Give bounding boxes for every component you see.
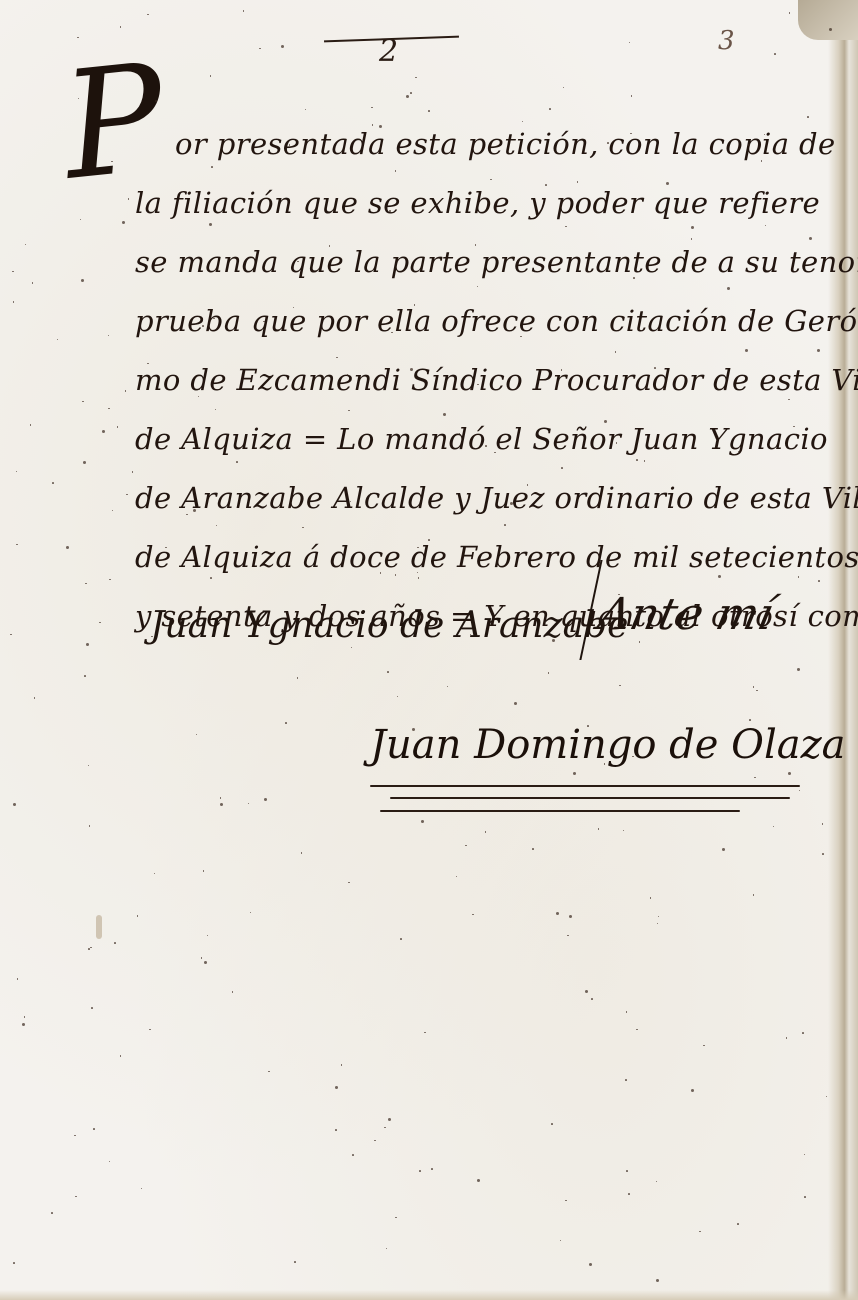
speckle bbox=[789, 12, 791, 14]
speckle bbox=[202, 325, 204, 327]
speckle bbox=[658, 916, 660, 918]
speckle bbox=[428, 539, 430, 541]
speckle bbox=[386, 1248, 388, 1250]
speckle bbox=[88, 948, 90, 950]
speckle bbox=[220, 803, 223, 806]
speckle bbox=[165, 547, 167, 549]
speckle bbox=[625, 1079, 627, 1081]
speckle bbox=[494, 452, 496, 454]
speckle bbox=[250, 912, 252, 914]
speckle bbox=[560, 1240, 562, 1242]
speckle bbox=[737, 1223, 739, 1225]
speckle bbox=[397, 696, 399, 698]
speckle bbox=[545, 184, 547, 186]
speckle bbox=[16, 471, 18, 473]
speckle bbox=[804, 1154, 806, 1156]
speckle bbox=[465, 845, 467, 847]
speckle bbox=[232, 991, 234, 993]
speckle bbox=[774, 53, 776, 55]
speckle bbox=[424, 1032, 426, 1034]
speckle bbox=[83, 461, 86, 464]
speckle bbox=[615, 351, 617, 353]
speckle bbox=[644, 460, 646, 462]
speckle bbox=[13, 1262, 15, 1264]
speckle bbox=[414, 304, 416, 306]
speckle bbox=[400, 938, 402, 940]
speckle bbox=[410, 92, 412, 94]
speckle bbox=[699, 1231, 701, 1233]
speckle bbox=[456, 876, 458, 878]
speckle bbox=[472, 914, 474, 916]
speckle bbox=[788, 772, 791, 775]
speckle bbox=[10, 634, 12, 636]
speckle bbox=[826, 1096, 828, 1098]
speckle bbox=[66, 546, 69, 549]
speckle bbox=[88, 765, 90, 767]
speckle bbox=[201, 957, 203, 959]
speckle bbox=[57, 339, 59, 341]
speckle bbox=[598, 828, 600, 830]
speckle bbox=[335, 1086, 338, 1089]
speckle bbox=[470, 388, 472, 390]
speckle bbox=[102, 430, 105, 433]
speckle bbox=[132, 471, 134, 473]
speckle bbox=[248, 803, 250, 805]
folio-number: 2 bbox=[379, 34, 398, 69]
speckle bbox=[285, 722, 287, 724]
speckle bbox=[117, 426, 119, 428]
speckle bbox=[818, 580, 820, 582]
speckle bbox=[22, 1023, 25, 1026]
signature-rubric: Ante mí bbox=[579, 560, 784, 660]
speckle bbox=[756, 690, 758, 692]
text-line: de Aranzabe Alcalde y Juez ordinario de … bbox=[135, 469, 825, 528]
speckle bbox=[629, 42, 631, 44]
speckle bbox=[443, 413, 446, 416]
speckle bbox=[626, 1170, 628, 1172]
speckle bbox=[99, 622, 101, 624]
speckle bbox=[211, 166, 213, 168]
speckle bbox=[51, 1212, 53, 1214]
speckle bbox=[210, 75, 212, 77]
speckle bbox=[395, 170, 397, 172]
speckle bbox=[745, 349, 748, 352]
speckle bbox=[514, 702, 517, 705]
speckle bbox=[297, 677, 299, 679]
speckle bbox=[336, 357, 338, 359]
speckle bbox=[749, 719, 751, 721]
speckle bbox=[220, 797, 222, 799]
signature-flourish bbox=[380, 810, 740, 812]
speckle bbox=[216, 525, 218, 527]
speckle bbox=[650, 897, 652, 899]
speckle bbox=[81, 279, 84, 282]
text-line: se manda que la parte presentante de a s… bbox=[135, 233, 825, 292]
speckle bbox=[754, 777, 756, 779]
speckle bbox=[281, 45, 284, 48]
speckle bbox=[203, 870, 205, 872]
text-line: prueba que por ella ofrece con citación … bbox=[135, 292, 825, 351]
speckle bbox=[788, 399, 790, 401]
speckle bbox=[552, 639, 555, 642]
page-number: 3 bbox=[718, 26, 735, 56]
speckle bbox=[817, 349, 820, 352]
speckle bbox=[120, 1055, 122, 1057]
speckle bbox=[703, 1045, 705, 1047]
speckle bbox=[32, 282, 34, 284]
paper-edge-right bbox=[828, 0, 858, 1300]
speckle bbox=[122, 221, 125, 224]
speckle bbox=[335, 1129, 337, 1131]
speckle bbox=[551, 1123, 553, 1125]
speckle bbox=[657, 923, 659, 925]
speckle bbox=[691, 1089, 694, 1092]
speckle bbox=[773, 826, 775, 828]
speckle bbox=[111, 161, 113, 163]
speckle bbox=[380, 572, 382, 574]
speckle bbox=[626, 1011, 628, 1013]
text-line: or presentada esta petición, con la copi… bbox=[135, 115, 825, 174]
speckle bbox=[120, 26, 122, 28]
speckle bbox=[12, 271, 14, 273]
speckle bbox=[207, 935, 209, 937]
speckle bbox=[149, 1029, 151, 1031]
speckle bbox=[567, 935, 569, 937]
speckle bbox=[591, 998, 593, 1000]
speckle bbox=[263, 321, 265, 323]
speckle bbox=[565, 1200, 567, 1202]
speckle bbox=[75, 1196, 77, 1198]
speckle bbox=[797, 668, 800, 671]
speckle bbox=[431, 1168, 433, 1170]
speckle bbox=[415, 77, 417, 79]
speckle bbox=[619, 685, 621, 687]
speckle bbox=[108, 335, 110, 337]
speckle bbox=[147, 14, 149, 16]
speckle bbox=[90, 947, 92, 949]
speckle bbox=[52, 482, 54, 484]
speckle bbox=[504, 524, 506, 526]
speckle bbox=[196, 734, 198, 736]
speckle bbox=[532, 848, 534, 850]
speckle bbox=[604, 763, 606, 765]
speckle bbox=[421, 820, 424, 823]
speckle bbox=[388, 1118, 391, 1121]
speckle bbox=[485, 445, 487, 447]
speckle bbox=[822, 823, 824, 825]
speckle bbox=[428, 110, 430, 112]
speckle bbox=[259, 48, 261, 50]
speckle bbox=[556, 912, 559, 915]
speckle bbox=[753, 686, 755, 688]
speckle bbox=[475, 244, 477, 246]
speckle bbox=[573, 772, 576, 775]
speckle bbox=[822, 853, 824, 855]
speckle bbox=[395, 1217, 397, 1219]
speckle bbox=[17, 978, 19, 980]
speckle bbox=[210, 577, 212, 579]
speckle bbox=[656, 1279, 659, 1282]
paper-edge-bottom bbox=[0, 1290, 858, 1300]
speckle bbox=[630, 133, 632, 135]
speckle bbox=[477, 384, 479, 386]
signature-alcalde: Juan Ygnacio de Aranzabe bbox=[150, 605, 628, 646]
text-line: mo de Ezcamendi Síndico Procurador de es… bbox=[135, 351, 825, 410]
speckle bbox=[13, 301, 15, 303]
speckle bbox=[633, 277, 635, 279]
speckle bbox=[384, 1127, 386, 1129]
speckle bbox=[636, 1029, 638, 1031]
signature-flourish bbox=[390, 797, 790, 799]
speckle bbox=[74, 1135, 76, 1137]
speckle bbox=[125, 390, 127, 392]
speckle bbox=[410, 368, 413, 371]
speckle bbox=[389, 210, 391, 212]
paper-stain bbox=[96, 915, 102, 939]
speckle bbox=[301, 852, 303, 854]
speckle bbox=[24, 1016, 26, 1018]
speckle bbox=[802, 1032, 804, 1034]
speckle bbox=[419, 1170, 421, 1172]
speckle bbox=[151, 636, 153, 638]
speckle bbox=[654, 367, 656, 369]
speckle bbox=[114, 942, 116, 944]
folio-mark: 2 bbox=[324, 24, 459, 64]
speckle bbox=[748, 144, 750, 146]
speckle bbox=[589, 1263, 592, 1266]
signature-flourish bbox=[370, 785, 800, 787]
speckle bbox=[477, 1179, 480, 1182]
speckle bbox=[80, 219, 82, 221]
speckle bbox=[204, 961, 207, 964]
speckle bbox=[485, 831, 487, 833]
speckle bbox=[89, 825, 91, 827]
speckle bbox=[351, 647, 353, 649]
speckle bbox=[112, 510, 114, 512]
speckle bbox=[753, 894, 755, 896]
speckle bbox=[155, 100, 157, 102]
speckle bbox=[85, 583, 87, 585]
speckle bbox=[804, 1196, 806, 1198]
speckle bbox=[352, 1154, 354, 1156]
speckle bbox=[656, 1181, 658, 1183]
speckle bbox=[84, 675, 86, 677]
speckle bbox=[126, 494, 128, 496]
speckle bbox=[109, 1161, 111, 1163]
speckle bbox=[569, 915, 572, 918]
speckle bbox=[623, 830, 625, 832]
speckle bbox=[628, 1193, 630, 1195]
speckle bbox=[348, 882, 350, 884]
signature-escribano: Juan Domingo de Olaza bbox=[370, 722, 846, 768]
speckle bbox=[268, 1071, 270, 1073]
speckle bbox=[264, 798, 267, 801]
speckle bbox=[636, 459, 638, 461]
speckle bbox=[549, 108, 551, 110]
speckle bbox=[374, 1140, 376, 1142]
speckle bbox=[109, 579, 111, 581]
speckle bbox=[305, 109, 307, 111]
speckle bbox=[631, 95, 633, 97]
speckle bbox=[391, 332, 393, 334]
speckle bbox=[786, 1037, 788, 1039]
speckle bbox=[25, 244, 27, 246]
speckle bbox=[236, 461, 238, 463]
speckle bbox=[798, 576, 800, 578]
speckle bbox=[447, 686, 449, 688]
speckle bbox=[548, 672, 550, 674]
speckle bbox=[371, 107, 373, 109]
speckle bbox=[341, 1064, 343, 1066]
speckle bbox=[607, 142, 609, 144]
speckle bbox=[209, 223, 212, 226]
speckle bbox=[34, 697, 36, 699]
speckle bbox=[141, 1188, 143, 1190]
speckle bbox=[93, 1128, 95, 1130]
manuscript-page: 2 3 P or presentada esta petición, con l… bbox=[0, 0, 858, 1300]
speckle bbox=[294, 1261, 296, 1263]
speckle bbox=[13, 803, 16, 806]
text-line: la filiación que se exhibe, y poder que … bbox=[135, 174, 825, 233]
speckle bbox=[666, 182, 669, 185]
text-line: de Alquiza = Lo mandó el Señor Juan Ygna… bbox=[135, 410, 825, 469]
speckle bbox=[137, 915, 139, 917]
speckle bbox=[418, 577, 420, 579]
speckle bbox=[91, 1007, 93, 1009]
speckle bbox=[412, 728, 415, 731]
speckle bbox=[82, 401, 84, 403]
speckle bbox=[154, 873, 156, 875]
speckle bbox=[585, 990, 588, 993]
speckle bbox=[77, 37, 79, 39]
speckle bbox=[807, 116, 809, 118]
speckle bbox=[387, 671, 389, 673]
speckle bbox=[86, 643, 89, 646]
speckle bbox=[561, 467, 563, 469]
speckle bbox=[829, 28, 832, 31]
speckle bbox=[108, 408, 110, 410]
speckle bbox=[587, 725, 589, 727]
speckle bbox=[16, 544, 18, 546]
speckle bbox=[406, 95, 409, 98]
speckle bbox=[722, 848, 725, 851]
speckle bbox=[799, 790, 801, 792]
speckle bbox=[243, 10, 245, 12]
speckle bbox=[691, 226, 694, 229]
speckle bbox=[563, 87, 565, 89]
speckle bbox=[30, 424, 32, 426]
paper-corner-tear bbox=[798, 0, 858, 40]
